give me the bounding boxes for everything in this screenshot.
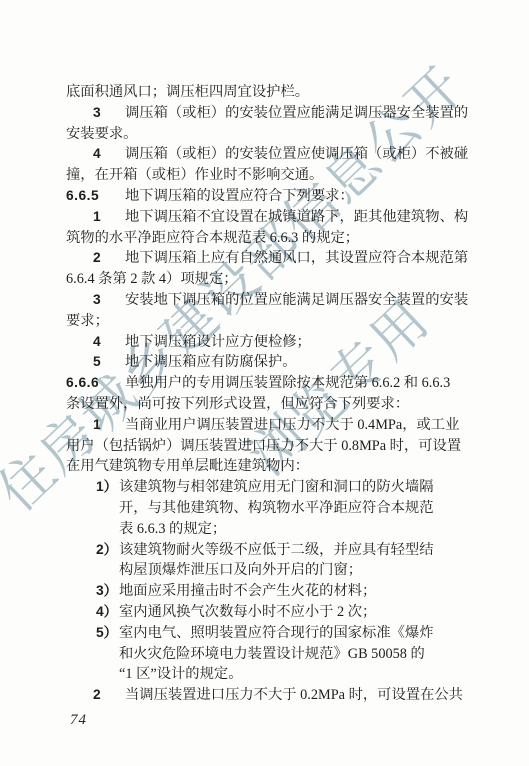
text-block: 底面积通风口；调压柜四周宜设护栏。3调压箱（或柜）的安装位置应能满足调压器安全装… bbox=[66, 82, 486, 706]
text-line: 用户（包括锅炉）调压装置进口压力不大于 0.8MPa 时，可设置 bbox=[66, 436, 486, 457]
item-number: 2 bbox=[93, 248, 125, 269]
text-line: 和火灾危险环境电力装置设计规范》GB 50058 的 bbox=[66, 644, 486, 665]
text-line: 在用气建筑物专用单层毗连建筑物内： bbox=[66, 456, 486, 477]
line-text: 室内通风换气次数每小时不应小于 2 次； bbox=[119, 604, 376, 620]
line-text: 底面积通风口；调压柜四周宜设护栏。 bbox=[66, 84, 309, 100]
numbered-item-line: 1当商业用户调压装置进口压力不大于 0.4MPa，或工业 bbox=[66, 415, 486, 436]
text-line: 底面积通风口；调压柜四周宜设护栏。 bbox=[66, 82, 486, 103]
text-line: “1 区”设计的规定。 bbox=[66, 664, 486, 685]
item-number: 3 bbox=[93, 290, 125, 311]
document-page: 住房城乡建设部信息公开 浏览专用 底面积通风口；调压柜四周宜设护栏。3调压箱（或… bbox=[0, 0, 529, 766]
text-line: 条设置外，尚可按下列形式设置，但应符合下列要求： bbox=[66, 394, 486, 415]
sub-item-line: 4）室内通风换气次数每小时不应小于 2 次； bbox=[66, 602, 486, 623]
line-text: 构屋顶爆炸泄压口及向外开启的门窗； bbox=[119, 562, 362, 578]
section-number: 6.6.6 bbox=[66, 373, 125, 394]
numbered-item-line: 4调压箱（或柜）的安装位置应使调压箱（或柜）不被碰 bbox=[66, 144, 486, 165]
item-number: 2） bbox=[96, 540, 119, 561]
numbered-item-line: 4地下调压箱设计应方便检修； bbox=[66, 332, 486, 353]
line-text: 地下调压箱上应有自然通风口，其设置应符合本规范第 bbox=[125, 250, 468, 266]
sub-item-line: 5）室内电气、照明装置应符合现行的国家标准《爆炸 bbox=[66, 623, 486, 644]
item-number: 2 bbox=[93, 685, 125, 706]
item-number: 1 bbox=[93, 207, 125, 228]
line-text: 安装要求。 bbox=[66, 126, 137, 142]
item-number: 5） bbox=[96, 623, 119, 644]
text-line: 安装要求。 bbox=[66, 124, 486, 145]
section-heading-line: 6.6.5地下调压箱的设置应符合下列要求： bbox=[66, 186, 486, 207]
numbered-item-line: 5地下调压箱应有防腐保护。 bbox=[66, 352, 486, 373]
numbered-item-line: 1地下调压箱不宜设置在城镇道路下，距其他建筑物、构 bbox=[66, 207, 486, 228]
line-text: 开，与其他建筑物、构筑物水平净距应符合本规范 bbox=[119, 500, 434, 516]
line-text: 地面应采用撞击时不会产生火花的材料； bbox=[119, 583, 376, 599]
line-text: 地下调压箱的设置应符合下列要求： bbox=[125, 188, 354, 204]
text-line: 筑物的水平净距应符合本规范表 6.6.3 的规定； bbox=[66, 228, 486, 249]
item-number: 4 bbox=[93, 332, 125, 353]
text-line: 开，与其他建筑物、构筑物水平净距应符合本规范 bbox=[66, 498, 486, 519]
item-number: 3） bbox=[96, 581, 119, 602]
numbered-item-line: 2地下调压箱上应有自然通风口，其设置应符合本规范第 bbox=[66, 248, 486, 269]
line-text: 和火灾危险环境电力装置设计规范》GB 50058 的 bbox=[119, 646, 425, 662]
sub-item-line: 1）该建筑物与相邻建筑应用无门窗和洞口的防火墙隔 bbox=[66, 477, 486, 498]
line-text: 单独用户的专用调压装置除按本规范第 6.6.2 和 6.6.3 bbox=[125, 375, 450, 391]
line-text: 表 6.6.3 的规定； bbox=[119, 521, 226, 537]
line-text: 该建筑物耐火等级不应低于二级，并应具有轻型结 bbox=[119, 542, 434, 558]
line-text: 调压箱（或柜）的安装位置应使调压箱（或柜）不被碰 bbox=[125, 146, 468, 162]
numbered-item-line: 3调压箱（或柜）的安装位置应能满足调压器安全装置的 bbox=[66, 103, 486, 124]
item-number: 1 bbox=[93, 415, 125, 436]
text-line: 表 6.6.3 的规定； bbox=[66, 519, 486, 540]
line-text: “1 区”设计的规定。 bbox=[119, 666, 243, 682]
line-text: 要求； bbox=[66, 313, 109, 329]
item-number: 3 bbox=[93, 103, 125, 124]
line-text: 地下调压箱不宜设置在城镇道路下，距其他建筑物、构 bbox=[125, 209, 468, 225]
line-text: 当调压装置进口压力不大于 0.2MPa 时，可设置在公共 bbox=[125, 687, 463, 703]
line-text: 在用气建筑物专用单层毗连建筑物内： bbox=[66, 458, 309, 474]
page-number: 74 bbox=[70, 712, 87, 729]
line-text: 筑物的水平净距应符合本规范表 6.6.3 的规定； bbox=[66, 230, 359, 246]
text-line: 构屋顶爆炸泄压口及向外开启的门窗； bbox=[66, 560, 486, 581]
item-number: 1） bbox=[96, 477, 119, 498]
item-number: 5 bbox=[93, 352, 125, 373]
item-number: 4 bbox=[93, 144, 125, 165]
numbered-item-line: 2当调压装置进口压力不大于 0.2MPa 时，可设置在公共 bbox=[66, 685, 486, 706]
line-text: 安装地下调压箱的位置应能满足调压器安全装置的安装 bbox=[125, 292, 468, 308]
line-text: 用户（包括锅炉）调压装置进口压力不大于 0.8MPa 时，可设置 bbox=[66, 438, 461, 454]
line-text: 6.6.4 条第 2 款 4）项规定； bbox=[66, 271, 238, 287]
line-text: 该建筑物与相邻建筑应用无门窗和洞口的防火墙隔 bbox=[119, 479, 434, 495]
item-number: 4） bbox=[96, 602, 119, 623]
section-heading-line: 6.6.6单独用户的专用调压装置除按本规范第 6.6.2 和 6.6.3 bbox=[66, 373, 486, 394]
line-text: 地下调压箱设计应方便检修； bbox=[125, 334, 311, 350]
line-text: 当商业用户调压装置进口压力不大于 0.4MPa，或工业 bbox=[125, 417, 459, 433]
sub-item-line: 2）该建筑物耐火等级不应低于二级，并应具有轻型结 bbox=[66, 540, 486, 561]
line-text: 室内电气、照明装置应符合现行的国家标准《爆炸 bbox=[119, 625, 434, 641]
numbered-item-line: 3安装地下调压箱的位置应能满足调压器安全装置的安装 bbox=[66, 290, 486, 311]
line-text: 条设置外，尚可按下列形式设置，但应符合下列要求： bbox=[66, 396, 409, 412]
section-number: 6.6.5 bbox=[66, 186, 125, 207]
text-line: 撞，在开箱（或柜）作业时不影响交通。 bbox=[66, 165, 486, 186]
text-line: 6.6.4 条第 2 款 4）项规定； bbox=[66, 269, 486, 290]
text-line: 要求； bbox=[66, 311, 486, 332]
sub-item-line: 3）地面应采用撞击时不会产生火花的材料； bbox=[66, 581, 486, 602]
line-text: 撞，在开箱（或柜）作业时不影响交通。 bbox=[66, 167, 323, 183]
line-text: 调压箱（或柜）的安装位置应能满足调压器安全装置的 bbox=[125, 105, 468, 121]
line-text: 地下调压箱应有防腐保护。 bbox=[125, 354, 297, 370]
